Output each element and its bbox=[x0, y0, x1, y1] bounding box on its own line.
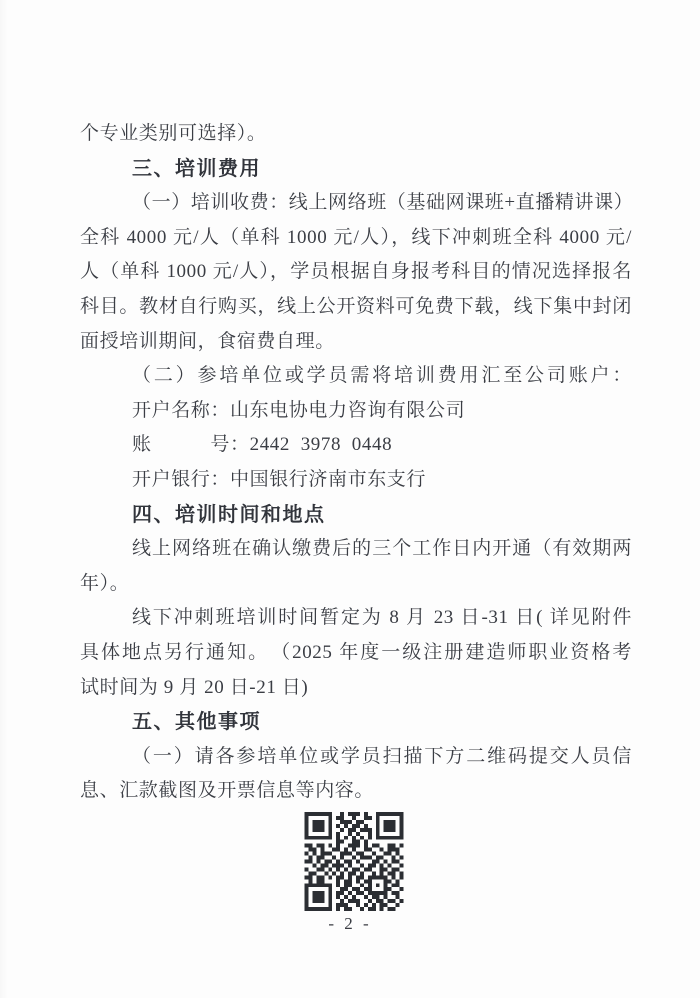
section-heading-training-time-location: 四、培训时间和地点 bbox=[80, 498, 632, 533]
paragraph-line: （二）参培单位或学员需将培训费用汇至公司账户： bbox=[80, 359, 632, 394]
paragraph-line: （一）请各参培单位或学员扫描下方二维码提交人员信 bbox=[80, 740, 632, 775]
page-number: - 2 - bbox=[0, 914, 700, 934]
bank-name-line: 开户银行：中国银行济南市东支行 bbox=[80, 463, 632, 498]
paragraph-line: 试时间为 9 月 20 日-21 日) bbox=[80, 671, 632, 706]
paragraph-line: 线下冲刺班培训时间暂定为 8 月 23 日-31 日( 详见附件 )， bbox=[80, 601, 632, 636]
account-number-line: 账 号：2442 3978 0448 bbox=[80, 428, 632, 463]
text-line-continuation: 个专业类别可选择）。 bbox=[80, 117, 632, 152]
paragraph-line: 科目。教材自行购买，线上公开资料可免费下载，线下集中封闭 bbox=[80, 290, 632, 325]
document-body: 个专业类别可选择）。 三、培训费用 （一）培训收费：线上网络班（基础网课班+直播… bbox=[80, 117, 632, 809]
registration-qr-code-icon bbox=[302, 812, 406, 911]
paragraph-line: 面授培训期间，食宿费自理。 bbox=[80, 325, 632, 360]
section-heading-other-matters: 五、其他事项 bbox=[80, 705, 632, 740]
document-page: 个专业类别可选择）。 三、培训费用 （一）培训收费：线上网络班（基础网课班+直播… bbox=[0, 0, 700, 998]
paragraph-line: 人（单科 1000 元/人），学员根据自身报考科目的情况选择报名 bbox=[80, 255, 632, 290]
paragraph-line: 线上网络班在确认缴费后的三个工作日内开通（有效期两 bbox=[80, 532, 632, 567]
section-heading-training-fees: 三、培训费用 bbox=[80, 152, 632, 187]
paragraph-line: 全科 4000 元/人（单科 1000 元/人），线下冲刺班全科 4000 元/ bbox=[80, 221, 632, 256]
paragraph-line: 具体地点另行通知。 （2025 年度一级注册建造师职业资格考 bbox=[80, 636, 632, 671]
account-name-line: 开户名称：山东电协电力咨询有限公司 bbox=[80, 394, 632, 429]
paragraph-line: 息、汇款截图及开票信息等内容。 bbox=[80, 774, 632, 809]
paragraph-line: 年）。 bbox=[80, 567, 632, 602]
paragraph-line: （一）培训收费：线上网络班（基础网课班+直播精讲课） bbox=[80, 186, 632, 221]
